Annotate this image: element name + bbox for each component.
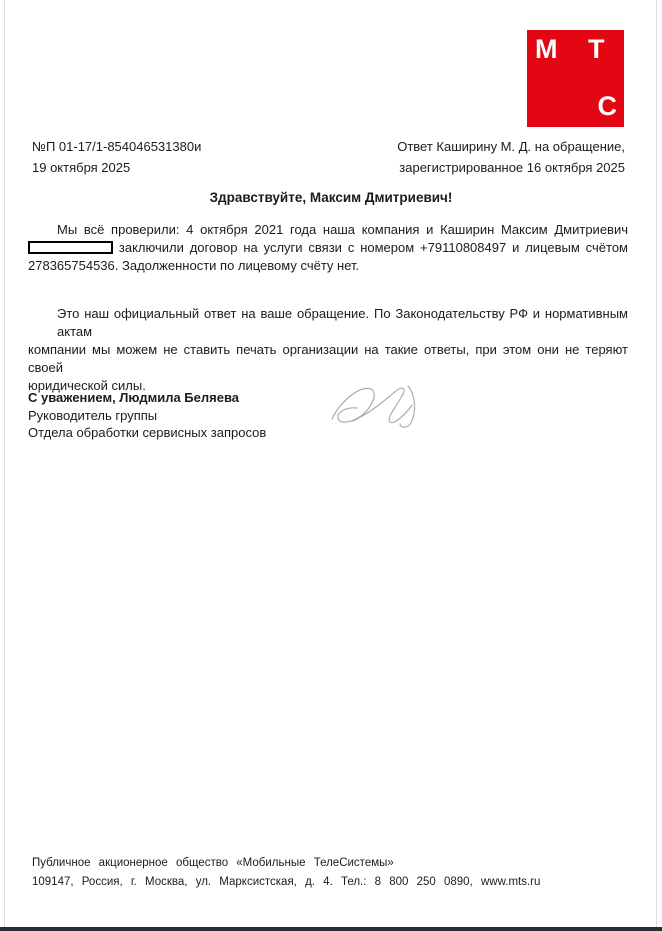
logo-letter-t: Т — [588, 36, 605, 63]
paragraph-1-line-2: заключили договор на услуги связи с номе… — [28, 239, 628, 257]
reply-to-block: Ответ Каширину М. Д. на обращение, зарег… — [397, 136, 625, 178]
paragraph-1-line-1: Мы всё проверили: 4 октября 2021 года на… — [28, 221, 628, 239]
paragraph-2-line-2: компании мы можем не ставить печать орга… — [28, 341, 628, 377]
paragraph-2-line-1: Это наш официальный ответ на ваше обраще… — [28, 305, 628, 341]
paragraph-1-line-2-text: заключили договор на услуги связи с номе… — [119, 240, 628, 255]
footer-address-phone: 109147, Россия, г. Москва, ул. Марксистс… — [32, 873, 540, 892]
handwritten-signature-icon — [326, 378, 444, 432]
reference-number: №П 01-17/1-854046531380и — [32, 136, 201, 157]
footer-company-name: Публичное акционерное общество «Мобильны… — [32, 854, 540, 873]
footer-block: Публичное акционерное общество «Мобильны… — [32, 854, 540, 891]
signoff-block: С уважением, Людмила Беляева Руководител… — [28, 389, 266, 442]
logo-letter-c: С — [598, 93, 618, 120]
redaction-box — [28, 241, 113, 254]
signoff-name: С уважением, Людмила Беляева — [28, 389, 266, 407]
mts-logo: М Т С — [527, 30, 624, 127]
letter-page: М Т С №П 01-17/1-854046531380и 19 октябр… — [0, 0, 662, 931]
reference-block: №П 01-17/1-854046531380и 19 октября 2025 — [32, 136, 201, 178]
reference-date: 19 октября 2025 — [32, 157, 201, 178]
greeting-line: Здравствуйте, Максим Дмитриевич! — [28, 190, 634, 205]
paragraph-verification: Мы всё проверили: 4 октября 2021 года на… — [28, 221, 628, 275]
logo-letter-m: М — [535, 36, 558, 63]
signoff-role-1: Руководитель группы — [28, 407, 266, 425]
reply-to-line-2: зарегистрированное 16 октября 2025 — [397, 157, 625, 178]
reply-to-line-1: Ответ Каширину М. Д. на обращение, — [397, 136, 625, 157]
bottom-bar — [0, 927, 662, 931]
paragraph-1-line-3: 278365754536. Задолженности по лицевому … — [28, 257, 628, 275]
signoff-role-2: Отдела обработки сервисных запросов — [28, 424, 266, 442]
